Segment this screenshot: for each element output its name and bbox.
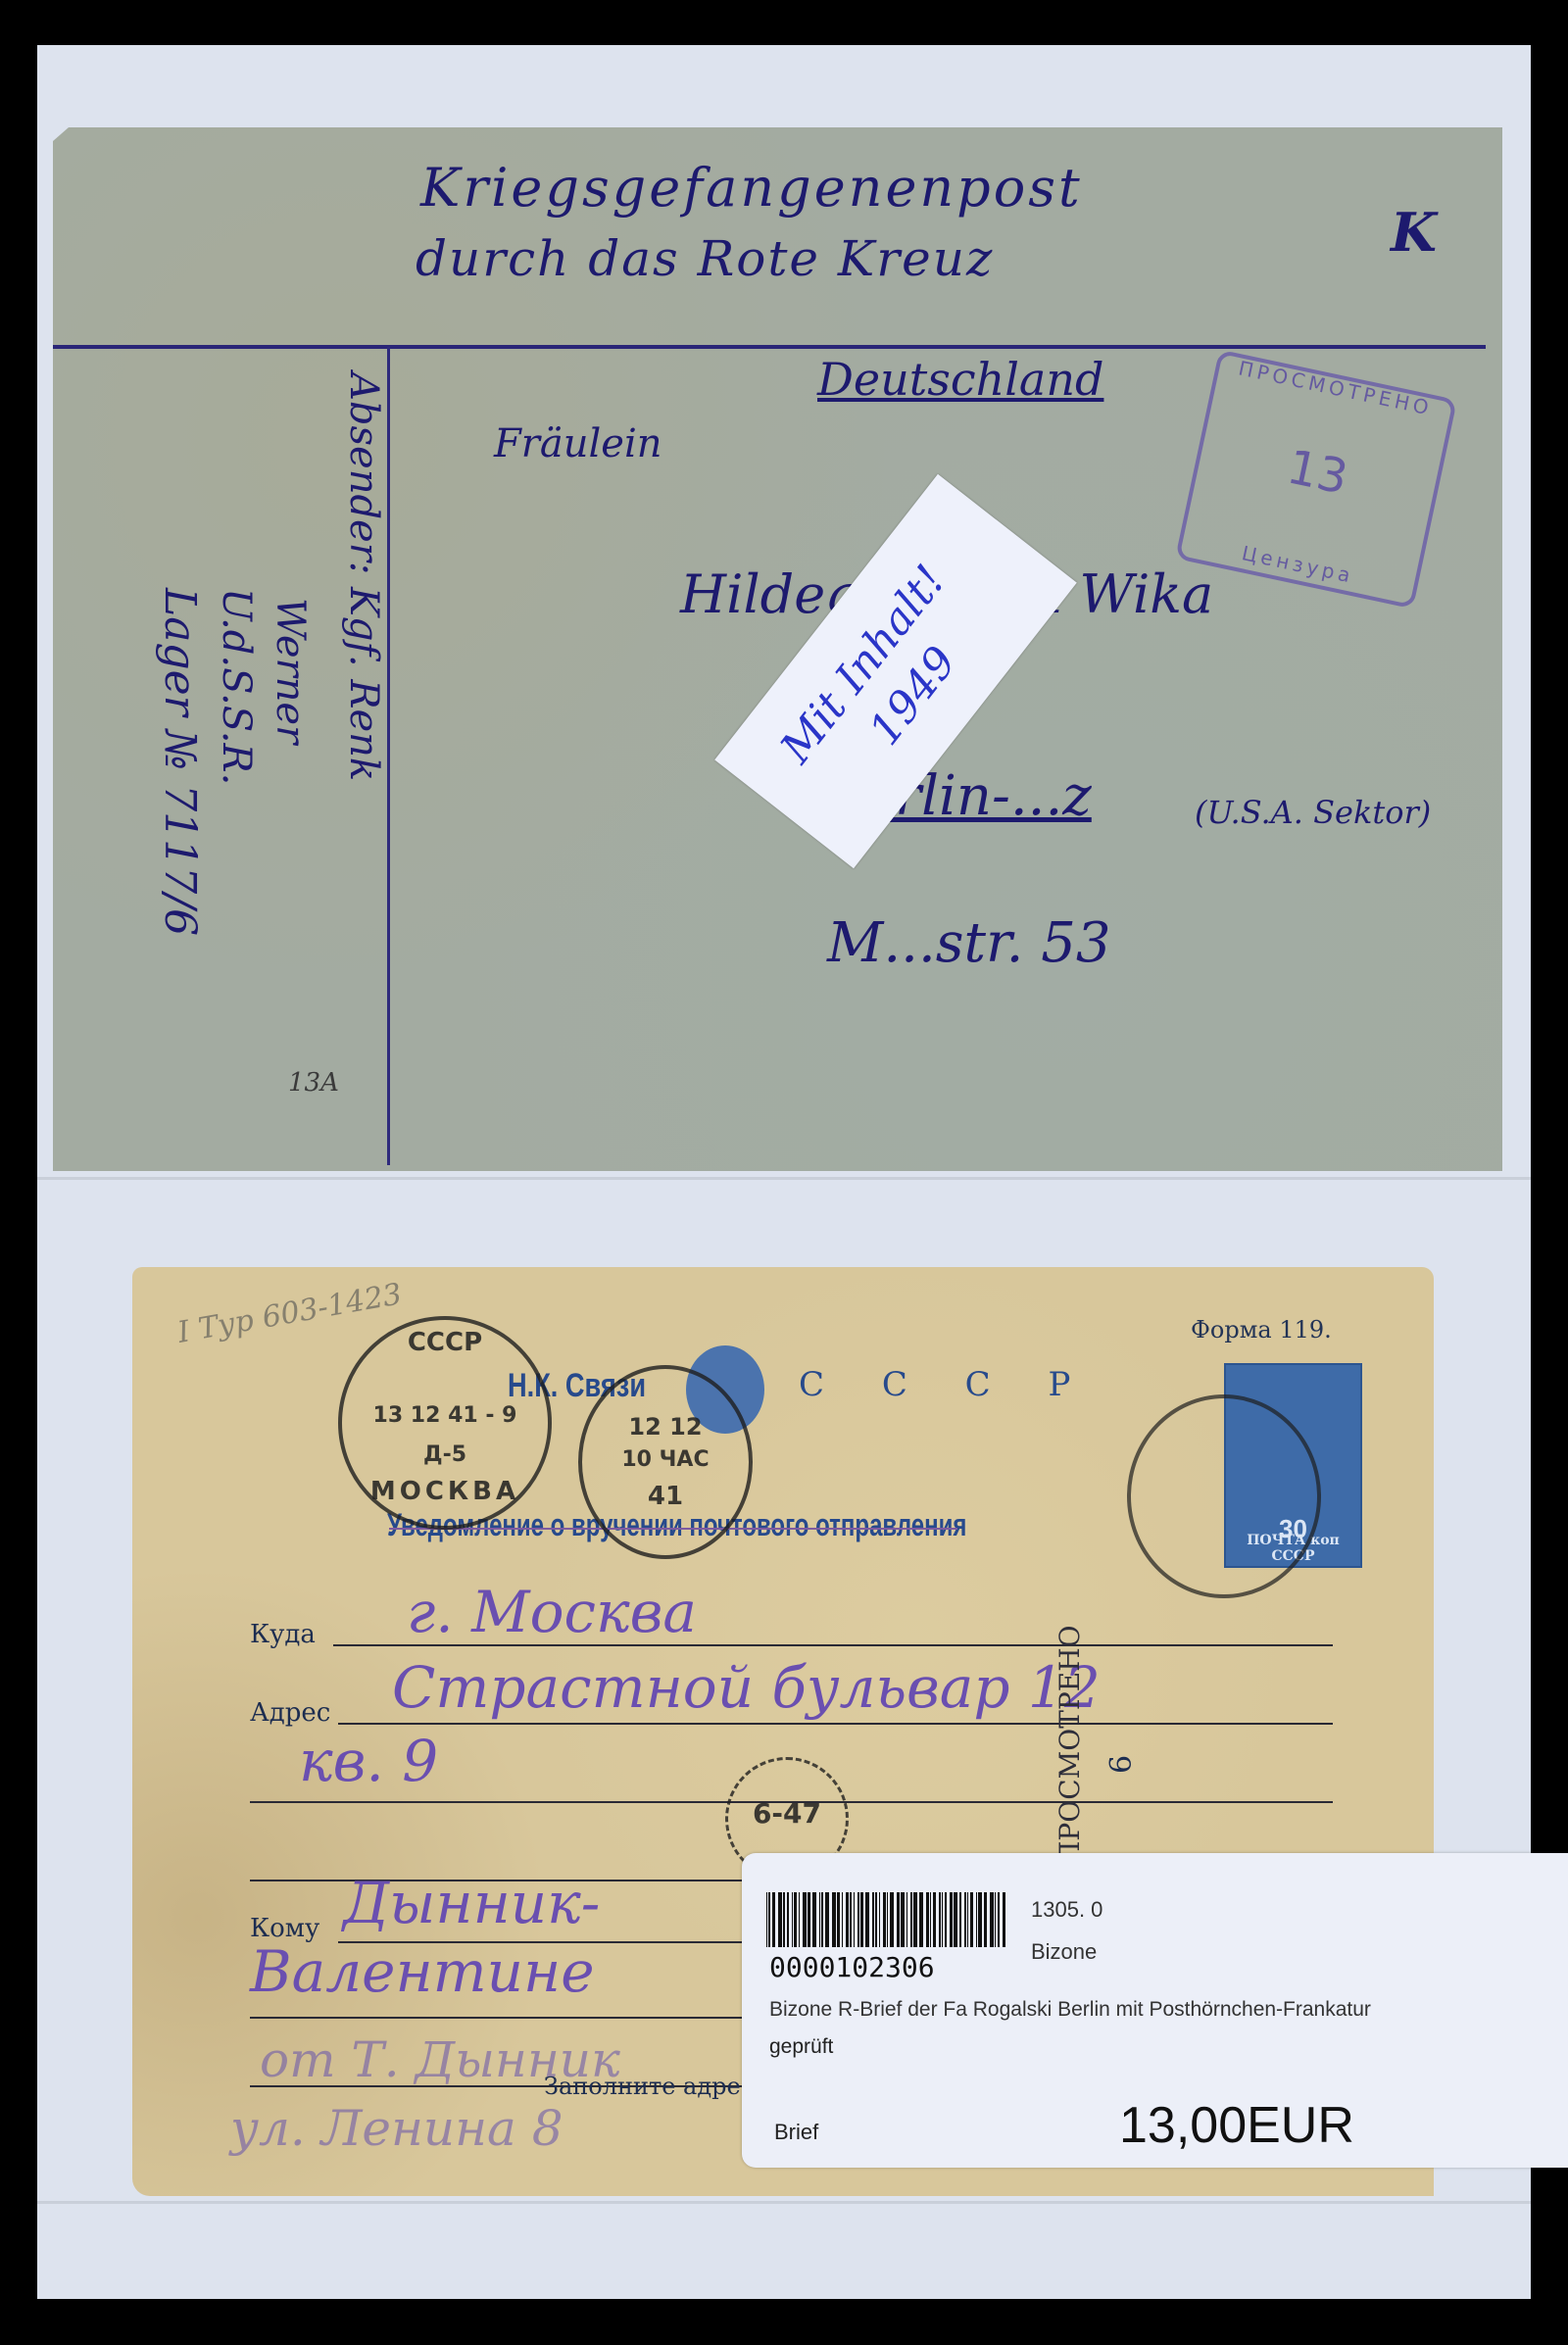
censor-stamp-top: ПРОСМОТРЕНО bbox=[1218, 352, 1453, 423]
lot-type: Brief bbox=[774, 2120, 818, 2145]
postmark-second-date: 12 12 bbox=[582, 1413, 749, 1441]
envelope-divider-horizontal bbox=[53, 345, 1486, 349]
sender-line-2: Werner bbox=[268, 598, 313, 744]
field-value-to-whom: Дынник- bbox=[343, 1870, 600, 1936]
postmark-on-stamp bbox=[1127, 1394, 1321, 1598]
field-label-to-where: Куда bbox=[250, 1620, 316, 1649]
postmark-moscow-office: Д-5 bbox=[342, 1442, 548, 1467]
lot-price: 13,00EUR bbox=[1119, 2096, 1354, 2155]
recipient-country: Deutschland bbox=[817, 353, 1103, 406]
censor-stamp-number: 13 bbox=[1197, 421, 1438, 524]
field-value-recipient: Валентине bbox=[250, 1938, 595, 2005]
postmark-second-year: 41 bbox=[582, 1482, 749, 1511]
postmark-moscow: СССР 13 12 41 - 9 Д-5 МОСКВА bbox=[338, 1316, 552, 1530]
postcard-footer-instruction: Заполните адрес bbox=[544, 2073, 754, 2100]
country-label: С С С Р bbox=[799, 1365, 1094, 1404]
postmark-moscow-top: СССР bbox=[342, 1328, 548, 1357]
field-value-to-where: г. Москва bbox=[407, 1579, 697, 1645]
envelope-header-line1: Kriegsgefangenenpost bbox=[420, 157, 1083, 219]
envelope-header-line2: durch das Rote Kreuz bbox=[416, 230, 994, 287]
sender-line-1: Absender: Kgf. Renk bbox=[341, 372, 386, 781]
barcode-number: 0000102306 bbox=[769, 1951, 935, 1983]
envelope-pencil-note: 13A bbox=[288, 1068, 339, 1098]
barcode-icon bbox=[766, 1892, 1005, 1947]
censor-stamp: ПРОСМОТРЕНО 13 Цензура bbox=[1175, 350, 1457, 610]
recipient-sector: (U.S.A. Sektor) bbox=[1195, 794, 1431, 831]
auction-lot-label: 0000102306 1305. 0 Bizone Bizone R-Brief… bbox=[742, 1853, 1568, 2168]
lot-category: Bizone bbox=[1031, 1939, 1097, 1965]
pow-envelope: Kriegsgefangenenpost durch das Rote Kreu… bbox=[53, 127, 1502, 1171]
sender-line-4: Lager № 7117/6 bbox=[155, 588, 205, 936]
postcard-censor-mark: ПРОСМОТРЕНО bbox=[1053, 1625, 1086, 1865]
field-line bbox=[338, 1723, 1333, 1725]
recipient-salutation: Fräulein bbox=[494, 421, 662, 466]
sleeve-edge-bottom bbox=[37, 2201, 1531, 2204]
postmark-second: 12 12 10 ЧАС 41 bbox=[578, 1365, 753, 1559]
lot-description: Bizone R-Brief der Fa Rogalski Berlin mi… bbox=[769, 1998, 1371, 2022]
lot-id: 1305. 0 bbox=[1031, 1897, 1102, 1923]
recipient-street: M...str. 53 bbox=[827, 911, 1110, 975]
envelope-divider-vertical bbox=[387, 347, 390, 1165]
censor-stamp-bottom: Цензура bbox=[1181, 528, 1416, 600]
postcard-censor-number: 6 bbox=[1104, 1755, 1139, 1774]
lot-note: geprüft bbox=[769, 2035, 833, 2059]
sleeve-edge-top bbox=[37, 1177, 1531, 1180]
postmark-moscow-city: МОСКВА bbox=[342, 1477, 548, 1506]
field-value-apartment: кв. 9 bbox=[299, 1728, 438, 1794]
form-number: Форма 119. bbox=[1191, 1316, 1332, 1343]
postmark-moscow-date: 13 12 41 - 9 bbox=[342, 1403, 548, 1428]
envelope-corner-mark: K bbox=[1391, 201, 1437, 264]
field-value-address: Страстной бульвар 12 bbox=[392, 1654, 1101, 1721]
round-mark-text: 6-47 bbox=[728, 1797, 846, 1830]
sender-line-3: U.d.S.S.R. bbox=[214, 588, 259, 785]
postmark-second-time: 10 ЧАС bbox=[582, 1447, 749, 1472]
field-label-address: Адрес bbox=[250, 1698, 330, 1728]
sender-line-2: ул. Ленина 8 bbox=[230, 2100, 563, 2157]
